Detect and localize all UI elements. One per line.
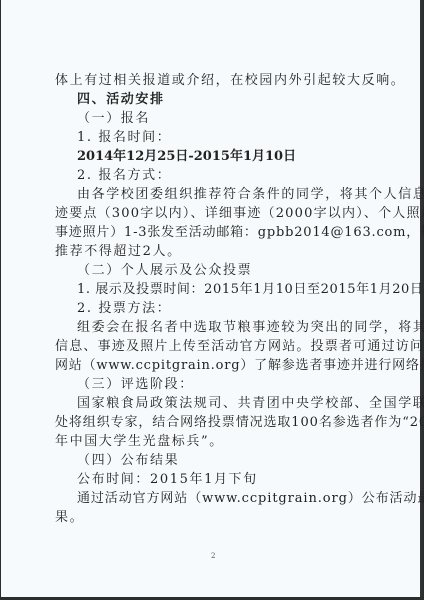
paragraph-line: 年中国大学生光盘标兵”。 [55, 434, 224, 450]
paragraph-line: 体上有过相关报道或介绍，在校园内外引起较大反响。 [55, 73, 405, 89]
paragraph-line: 处将组织专家，结合网络投票情况选取100名参选者作为“2014 [55, 415, 424, 431]
paragraph-line: 推荐不得超过2人。 [55, 244, 182, 260]
section-heading: 四、活动安排 [77, 92, 165, 108]
paragraph-line: 迹要点（300字以内）、详细事迹（2000字以内）、个人照片（含 [55, 206, 424, 222]
date-range: 2014年12月25日-2015年1月10日 [77, 149, 296, 165]
paragraph-line: 事迹照片）1-3张发至活动邮箱：gpbb2014@163.com，每所学校 [55, 225, 424, 241]
paragraph-line: 国家粮食局政策法规司、共青团中央学校部、全国学联秘书 [77, 396, 424, 412]
page-number: 2 [211, 552, 215, 560]
item-heading: 2. 报名方式： [77, 168, 171, 184]
paragraph-line: 果。 [55, 510, 84, 526]
subsection-heading: （三）评选阶段： [77, 377, 194, 393]
paragraph-line: 网站（www.ccpitgrain.org）了解参选者事迹并进行网络投票。 [55, 358, 424, 374]
paragraph-line: 由各学校团委组织推荐符合条件的同学，将其个人信息、事 [77, 187, 424, 203]
paragraph-line: 公布时间：2015年1月下旬 [77, 472, 258, 488]
item-heading: 1. 展示及投票时间：2015年1月10日至2015年1月20日 [77, 282, 424, 298]
paragraph-line: 组委会在报名者中选取节粮事迹较为突出的同学，将其个人 [77, 320, 424, 336]
subsection-heading: （二）个人展示及公众投票 [77, 263, 252, 279]
subsection-heading: （一）报名 [77, 111, 150, 127]
item-heading: 1. 报名时间： [77, 130, 171, 146]
document-page: 体上有过相关报道或介绍，在校园内外引起较大反响。 四、活动安排 （一）报名 1.… [1, 0, 422, 597]
subsection-heading: （四）公布结果 [77, 453, 179, 469]
item-heading: 2. 投票方法： [77, 301, 171, 317]
paragraph-line: 通过活动官方网站（www.ccpitgrain.org）公布活动最终结 [77, 491, 424, 507]
paragraph-line: 信息、事迹及照片上传至活动官方网站。投票者可通过访问官方 [55, 339, 424, 355]
